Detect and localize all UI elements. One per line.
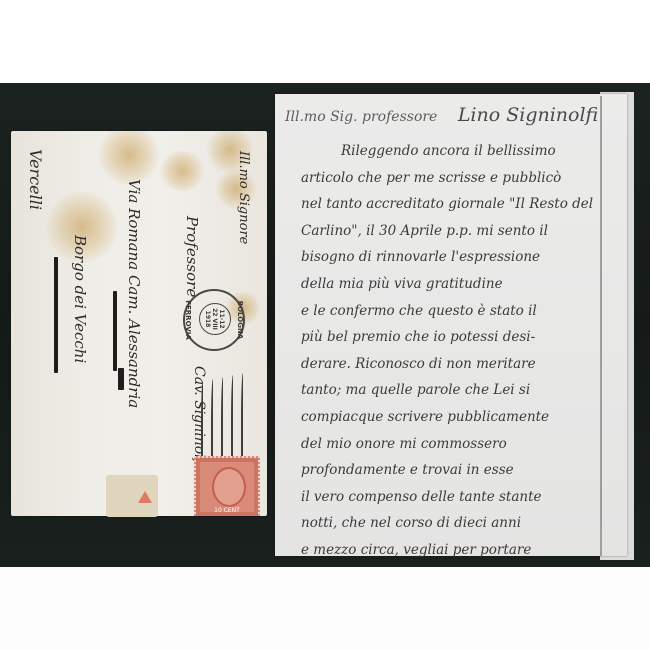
letter-line: della mia più viva gratitudine — [301, 271, 631, 298]
stain — [159, 151, 205, 191]
postmark-route: FERROVIA — [184, 291, 192, 349]
address-line: Ill.mo Signore — [236, 151, 251, 244]
addressee-name: Lino Signinolfi — [458, 104, 598, 126]
letter-salutation: Ill.mo Sig. professore Lino Signinolfi — [285, 104, 598, 126]
letter-line: e le confermo che questo è stato il — [301, 298, 631, 325]
bottom-margin — [0, 567, 650, 650]
letter-line: più bel premio che io potessi desi- — [301, 324, 631, 351]
stamp-denomination: 10 CENT — [196, 507, 258, 514]
letter-line: Rileggendo ancora il bellissimo — [301, 138, 631, 165]
triangle-mark-icon — [138, 491, 152, 503]
address-line: Vercelli — [26, 149, 45, 210]
address-line: Borgo dei Vecchi — [71, 235, 89, 363]
letter-line: il vero compenso delle tante stante — [301, 484, 631, 511]
postage-stamp: 10 CENT — [194, 456, 260, 516]
letter-line: bisogno di rinnovarle l'espressione — [301, 244, 631, 271]
letter-line: compiacque scrivere pubblicamente — [301, 404, 631, 431]
letter-page: Ill.mo Sig. professore Lino Signinolfi R… — [275, 94, 627, 556]
postmark-time: 11-12 — [219, 309, 226, 328]
underline-bar — [118, 368, 124, 390]
letter-line: del mio onore mi commossero — [301, 431, 631, 458]
postmark-city: BOLOGNA — [236, 291, 244, 349]
envelope: Ill.mo Signore Professore Cav. Signinolf… — [11, 131, 267, 516]
postmark-date: 11-12 22 VIII 1918 — [199, 303, 231, 335]
letter-fold-edge — [600, 96, 602, 556]
letter-body: Rileggendo ancora il bellissimo articolo… — [301, 138, 631, 617]
underline-bar — [113, 291, 117, 371]
underline-bar — [54, 257, 58, 373]
stamp-portrait — [212, 467, 246, 507]
letter-line: notti, che nel corso di dieci anni — [301, 510, 631, 537]
letter-line: articolo che per me scrisse e pubblicò — [301, 165, 631, 192]
postmark: BOLOGNA 11-12 22 VIII 1918 FERROVIA — [183, 289, 245, 351]
salutation-text: Ill.mo Sig. professore — [285, 109, 437, 125]
postmark-year: 1918 — [205, 311, 212, 328]
letter-line: nel tanto accreditato giornale "Il Resto… — [301, 191, 631, 218]
postmark-day: 22 VIII — [212, 308, 219, 330]
letter-line: Carlino", il 30 Aprile p.p. mi sento il — [301, 218, 631, 245]
letter-line: derare. Riconosco di non meritare — [301, 351, 631, 378]
letter-line: tanto; ma quelle parole che Lei si — [301, 377, 631, 404]
letter-line: profondamente e trovai in esse — [301, 457, 631, 484]
address-line: Professore — [183, 216, 201, 297]
torn-stamp-remnant — [106, 475, 158, 517]
letter-line: e mezzo circa, vegliai per portare — [301, 537, 631, 564]
stain — [99, 131, 159, 185]
address-line: Via Romana Cam. Alessandria — [125, 179, 143, 408]
